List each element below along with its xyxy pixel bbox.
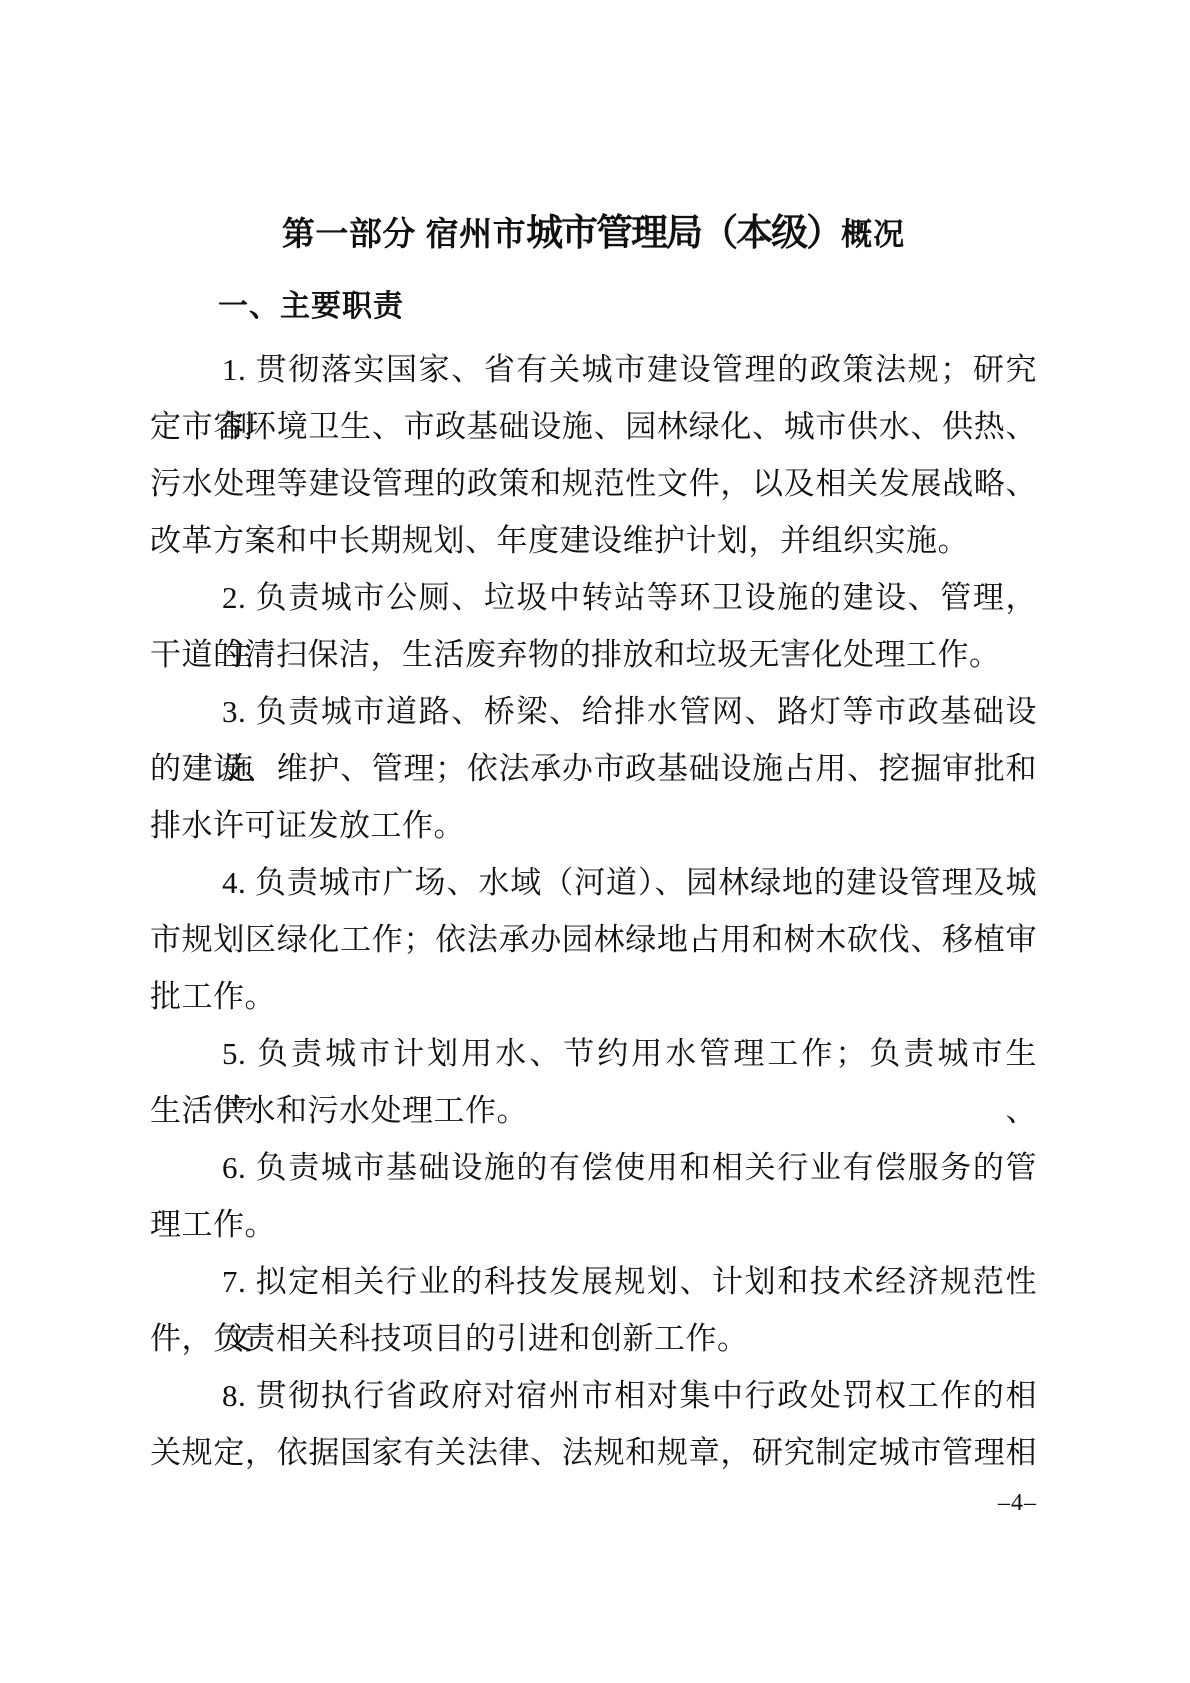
- body-line: 7. 拟定相关行业的科技发展规划、计划和技术经济规范性文: [150, 1253, 1037, 1310]
- paragraph: 7. 拟定相关行业的科技发展规划、计划和技术经济规范性文件，负责相关科技项目的引…: [150, 1253, 1037, 1367]
- title-segment: 概况: [841, 217, 905, 252]
- body-line: 理工作。: [150, 1196, 1037, 1253]
- body-line: 市规划区绿化工作；依法承办园林绿地占用和树木砍伐、移植审: [150, 911, 1037, 968]
- body-line: 6. 负责城市基础设施的有偿使用和相关行业有偿服务的管: [150, 1139, 1037, 1196]
- paragraph: 6. 负责城市基础设施的有偿使用和相关行业有偿服务的管理工作。: [150, 1139, 1037, 1253]
- document-body: 1. 贯彻落实国家、省有关城市建设管理的政策法规；研究制定市容环境卫生、市政基础…: [150, 341, 1037, 1481]
- body-line: 2. 负责城市公厕、垃圾中转站等环卫设施的建设、管理，主: [150, 569, 1037, 626]
- body-line: 改革方案和中长期规划、年度建设维护计划，并组织实施。: [150, 512, 1037, 569]
- page-title: 第一部分 宿州市城市管理局（本级）概况: [150, 208, 1037, 266]
- body-line: 4. 负责城市广场、水域（河道）、园林绿地的建设管理及城: [150, 854, 1037, 911]
- body-line: 的建设、维护、管理；依法承办市政基础设施占用、挖掘审批和: [150, 740, 1037, 797]
- title-segment: 第一部分 宿州市: [282, 215, 526, 252]
- body-line: 批工作。: [150, 968, 1037, 1025]
- body-line: 定市容环境卫生、市政基础设施、园林绿化、城市供水、供热、: [150, 398, 1037, 455]
- body-line: 污水处理等建设管理的政策和规范性文件，以及相关发展战略、: [150, 455, 1037, 512]
- paragraph: 1. 贯彻落实国家、省有关城市建设管理的政策法规；研究制定市容环境卫生、市政基础…: [150, 341, 1037, 569]
- body-line: 1. 贯彻落实国家、省有关城市建设管理的政策法规；研究制: [150, 341, 1037, 398]
- body-line: 3. 负责城市道路、桥梁、给排水管网、路灯等市政基础设施: [150, 683, 1037, 740]
- page-number: –4–: [150, 1488, 1037, 1518]
- body-line: 关规定，依据国家有关法律、法规和规章，研究制定城市管理相: [150, 1424, 1037, 1481]
- document-page: 第一部分 宿州市城市管理局（本级）概况 一、主要职责 1. 贯彻落实国家、省有关…: [0, 0, 1190, 1683]
- body-line: 8. 贯彻执行省政府对宿州市相对集中行政处罚权工作的相: [150, 1367, 1037, 1424]
- body-line: 排水许可证发放工作。: [150, 797, 1037, 854]
- section-heading: 一、主要职责: [218, 290, 404, 324]
- paragraph: 8. 贯彻执行省政府对宿州市相对集中行政处罚权工作的相关规定，依据国家有关法律、…: [150, 1367, 1037, 1481]
- paragraph: 4. 负责城市广场、水域（河道）、园林绿地的建设管理及城市规划区绿化工作；依法承…: [150, 854, 1037, 1025]
- body-line: 5. 负责城市计划用水、节约用水管理工作；负责城市生产、: [150, 1025, 1037, 1082]
- body-line: 干道的清扫保洁，生活废弃物的排放和垃圾无害化处理工作。: [150, 626, 1037, 683]
- paragraph: 3. 负责城市道路、桥梁、给排水管网、路灯等市政基础设施的建设、维护、管理；依法…: [150, 683, 1037, 854]
- paragraph: 2. 负责城市公厕、垃圾中转站等环卫设施的建设、管理，主干道的清扫保洁，生活废弃…: [150, 569, 1037, 683]
- paragraph: 5. 负责城市计划用水、节约用水管理工作；负责城市生产、生活供水和污水处理工作。: [150, 1025, 1037, 1139]
- title-segment: 城市管理局（本级）: [526, 212, 841, 253]
- body-line: 件，负责相关科技项目的引进和创新工作。: [150, 1310, 1037, 1367]
